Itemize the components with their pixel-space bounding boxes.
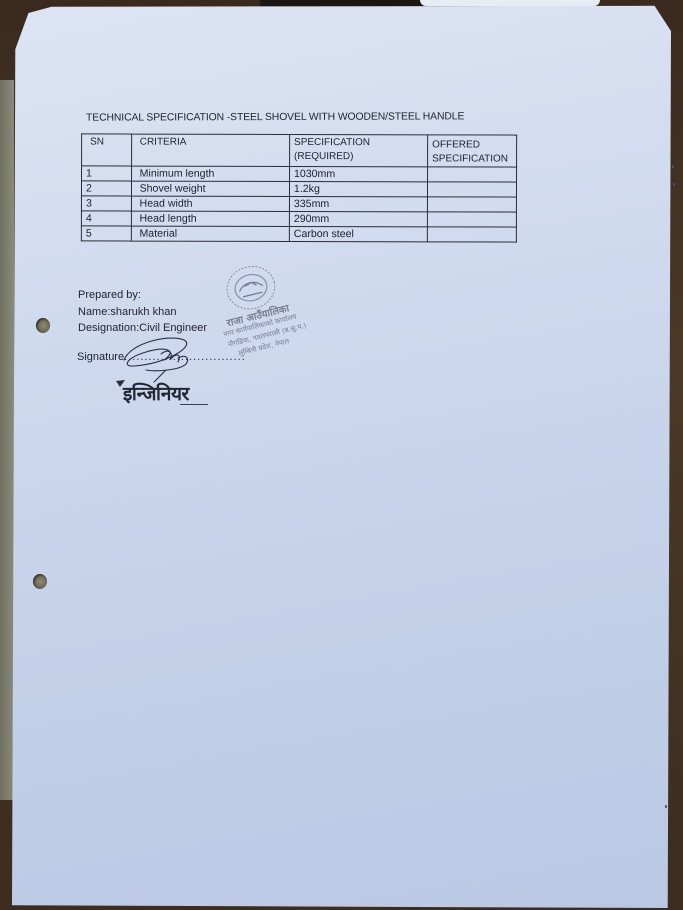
stamp-underline	[180, 404, 208, 405]
table-row: 5 Material Carbon steel	[81, 226, 516, 242]
cell-criteria: Minimum length	[131, 166, 289, 181]
table-row: 2 Shovel weight 1.2kg	[81, 181, 516, 197]
prepared-by-label: Prepared by:	[78, 287, 207, 304]
cell-sn: 1	[82, 166, 132, 181]
table-row: 1 Minimum length 1030mm	[82, 166, 517, 182]
table-header-row: SN CRITERIA SPECIFICATION (REQUIRED) OFF…	[82, 134, 517, 167]
background-object	[420, 0, 600, 6]
cell-offered	[428, 167, 517, 182]
header-criteria: CRITERIA	[131, 134, 289, 166]
paper-mark	[665, 805, 667, 808]
cell-sn: 3	[81, 196, 131, 211]
cell-specification: 290mm	[289, 211, 427, 226]
cell-sn: 4	[81, 211, 131, 226]
header-offered-line2: SPECIFICATION	[432, 153, 508, 164]
cell-offered	[427, 227, 516, 242]
paper-mark	[672, 165, 674, 168]
cell-offered	[428, 182, 517, 197]
document-title: TECHNICAL SPECIFICATION -STEEL SHOVEL WI…	[86, 111, 464, 123]
cell-specification: 1.2kg	[289, 181, 427, 196]
header-specification-line2: (REQUIRED)	[294, 151, 353, 162]
punch-hole-icon	[33, 574, 47, 589]
cell-criteria: Head length	[131, 211, 289, 226]
cell-offered	[427, 212, 516, 227]
cell-sn: 2	[81, 181, 131, 196]
cell-criteria: Shovel weight	[131, 181, 289, 196]
designation-rubber-stamp: इन्जिनियर	[123, 380, 189, 406]
preparer-name: Name:sharukh khan	[78, 304, 207, 321]
table-row: 4 Head length 290mm	[81, 211, 516, 227]
header-specification-line1: SPECIFICATION	[294, 137, 370, 148]
cell-sn: 5	[81, 226, 131, 241]
cell-specification: 1030mm	[289, 166, 427, 181]
background-surface	[0, 80, 14, 800]
cell-criteria: Material	[131, 226, 289, 241]
cell-offered	[427, 197, 516, 212]
punch-hole-icon	[36, 318, 50, 333]
header-offered-line1: OFFERED	[432, 139, 480, 150]
cell-specification: Carbon steel	[289, 226, 427, 241]
cell-criteria: Head width	[131, 196, 289, 211]
table-row: 3 Head width 335mm	[81, 196, 516, 212]
cell-specification: 335mm	[289, 196, 427, 211]
header-offered: OFFERED SPECIFICATION	[428, 135, 517, 167]
paper-mark	[673, 183, 675, 186]
header-specification: SPECIFICATION (REQUIRED)	[289, 134, 427, 166]
header-sn: SN	[82, 134, 132, 166]
specification-table: SN CRITERIA SPECIFICATION (REQUIRED) OFF…	[81, 133, 517, 242]
